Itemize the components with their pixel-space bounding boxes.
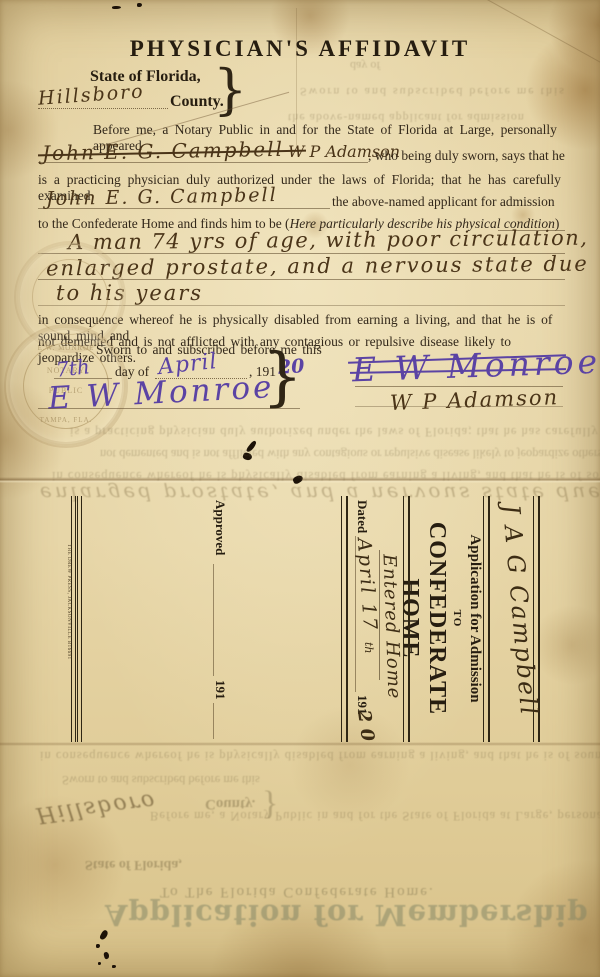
panel-rule [483,496,490,742]
approved-label: Approved [212,500,228,555]
bleedthrough-line: in consequence whereof he is physically … [40,748,600,763]
bleedthrough-county: County. [205,795,255,812]
page-title: PHYSICIAN'S AFFIDAVIT [0,36,600,62]
applicant-line: the above-named applicant for admission [332,194,555,210]
printer-imprint: THE DREW PRESS, JACKSONVILLE B16691 [66,544,71,660]
bleedthrough-line: Sworn to and subscribed before me this [300,84,566,99]
application-to: TO [451,492,463,745]
physician-signature-struck: E W Monroe [351,342,600,390]
county-leader-line [38,108,168,109]
bleedthrough-membership-title: Application for Membership [105,898,589,932]
condition-line-1: A man 74 yrs of age, with poor circulati… [68,226,589,255]
application-line: Application for Admission [466,492,483,745]
panel-rule [77,496,82,742]
examined-rule [38,208,330,209]
notary-sign-rule [38,408,300,409]
approved-rule [213,564,214,676]
bleedthrough-line: in consequence whereof he is physically … [52,468,600,483]
approved-year-rule [213,703,214,739]
ink-blot [96,944,100,948]
dated-rule [355,536,356,692]
physician-signature: W P Adamson [390,385,560,415]
bleedthrough-line: is a practicing physician duly authorize… [70,424,600,439]
ink-blot [103,951,110,959]
intro-continuation: , who being duly sworn, says that he [368,148,565,164]
notary-seal-location: TAMPA, FLA. [8,416,124,424]
ink-blot [112,965,116,968]
bleedthrough-line: not demented and is not afflicted with a… [100,446,600,461]
bleedthrough-state-line: State of Florida, [85,856,182,872]
panel-rule [341,496,348,742]
dated-suffix: th [362,642,375,654]
ink-blot [98,962,101,965]
condition-line-2: enlarged prostate, and a nervous state d… [46,252,589,281]
panel-rule [71,496,76,742]
back-cover-panel: J A G Campbell Application for Admission… [64,492,540,745]
signature-rule-2 [355,406,563,407]
ink-blot [112,6,121,9]
bleedthrough-hillsboro: Hillsboro [35,788,158,828]
bleedthrough-line: Sworn to and subscribed before me this [62,772,260,787]
ink-blot [99,929,109,941]
dated-year-written: 2 0 [353,709,378,743]
dated-label: Dated [354,500,370,533]
physicians-affidavit-document: day of Sworn to and subscribed before me… [0,0,600,977]
approved-year: 191 [212,680,228,700]
state-county-brace: } [213,58,247,121]
ink-blot [137,3,142,7]
name-rule [38,162,368,163]
panel-rule [403,496,410,742]
county-name-handwritten: Hillsboro [37,80,145,109]
bleedthrough-brace: } [262,786,278,824]
examined-name: John E. G. Campbell [46,184,278,210]
dated-value: April 17 [353,537,381,632]
